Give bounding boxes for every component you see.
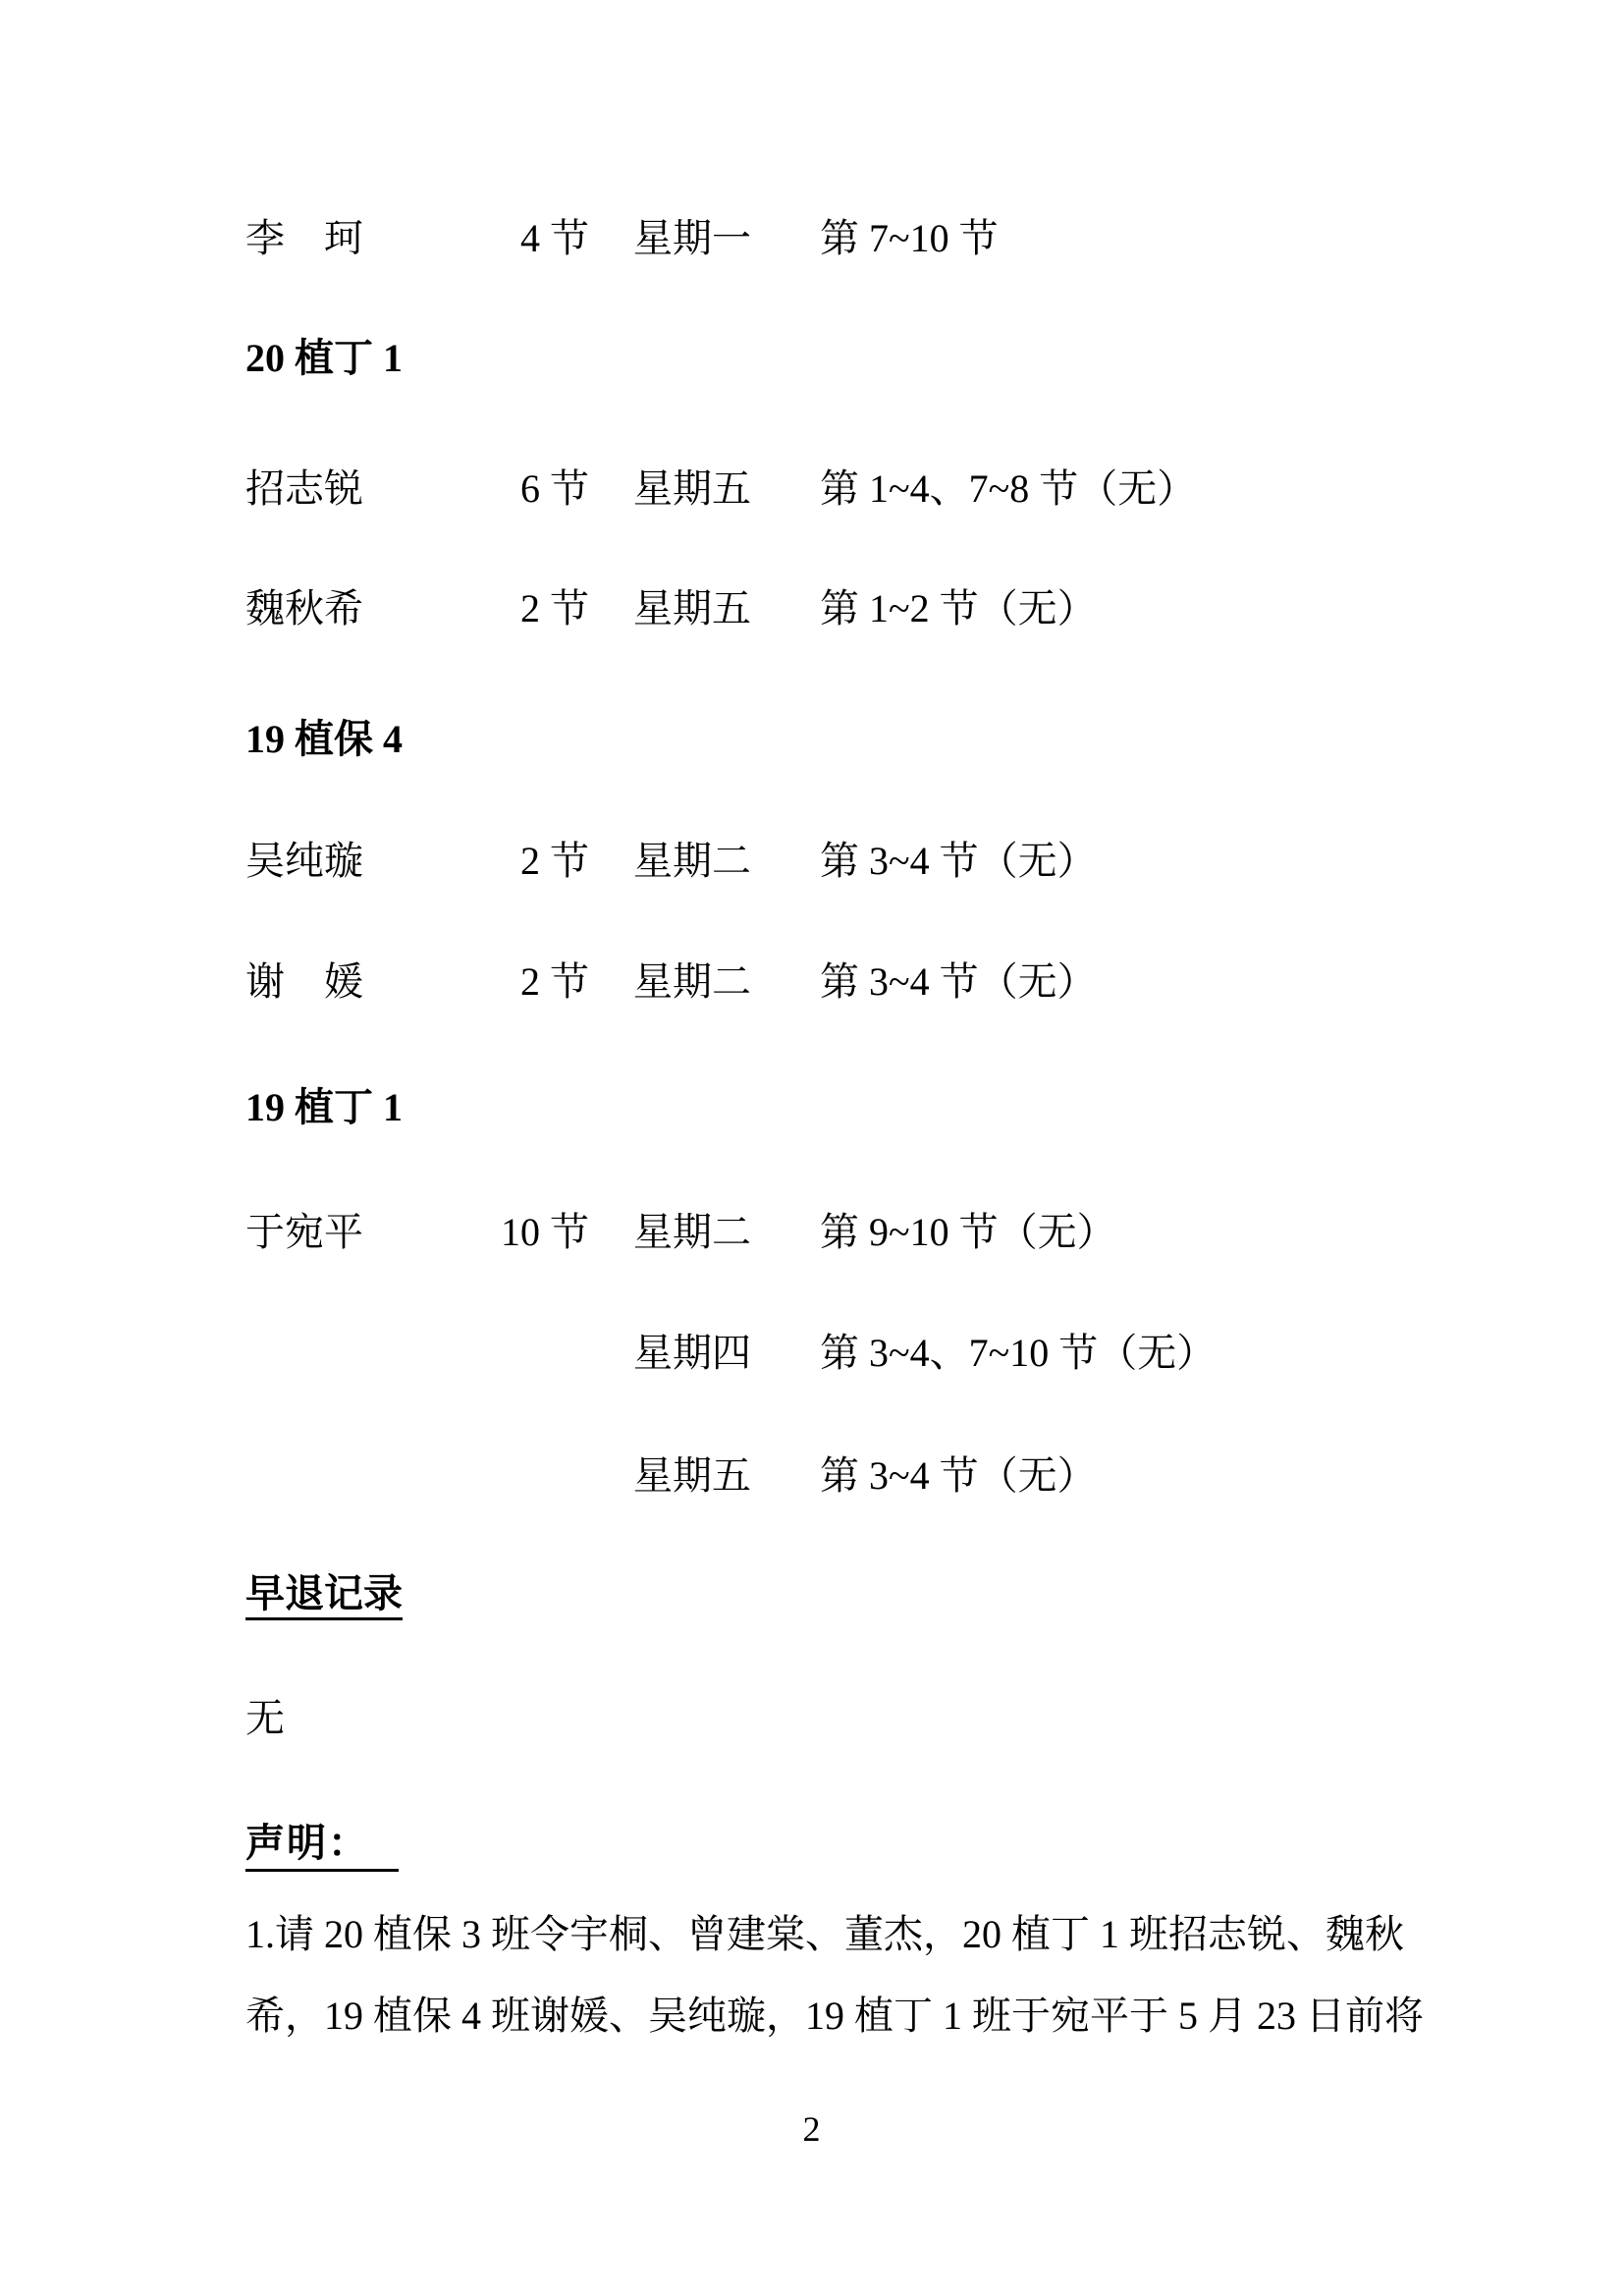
weekday: 星期四 bbox=[633, 1334, 751, 1373]
student-name: 李 珂 bbox=[245, 219, 363, 258]
class-heading: 20 植丁 1 bbox=[245, 339, 403, 378]
attendance-row: 于宛平 10 节 星期二 第 9~10 节（无） bbox=[245, 1213, 1384, 1256]
lesson-count: 2 节 bbox=[487, 589, 589, 629]
class-periods: 第 3~4、7~10 节（无） bbox=[820, 1334, 1216, 1373]
attendance-row: 吴纯璇 2 节 星期二 第 3~4 节（无） bbox=[245, 842, 1384, 885]
class-periods: 第 3~4 节（无） bbox=[820, 962, 1097, 1002]
attendance-row: 谢 媛 2 节 星期二 第 3~4 节（无） bbox=[245, 962, 1384, 1006]
attendance-row: 招志锐 6 节 星期五 第 1~4、7~8 节（无） bbox=[245, 469, 1384, 513]
weekday: 星期五 bbox=[633, 469, 751, 509]
document-page: 李 珂 4 节 星期一 第 7~10 节 20 植丁 1 招志锐 6 节 星期五… bbox=[0, 0, 1623, 2296]
class-periods: 第 3~4 节（无） bbox=[820, 842, 1097, 881]
weekday: 星期二 bbox=[633, 962, 751, 1002]
student-name: 招志锐 bbox=[245, 469, 363, 509]
statement-line: 1.请 20 植保 3 班令宇桐、曾建棠、董杰，20 植丁 1 班招志锐、魏秋 bbox=[245, 1915, 1399, 1954]
student-name: 魏秋希 bbox=[245, 589, 363, 629]
early-leave-value: 无 bbox=[245, 1699, 285, 1738]
attendance-row: 李 珂 4 节 星期一 第 7~10 节 bbox=[245, 219, 1384, 262]
weekday: 星期五 bbox=[633, 1456, 751, 1496]
lesson-count: 6 节 bbox=[487, 469, 589, 509]
class-periods: 第 1~2 节（无） bbox=[820, 589, 1097, 629]
student-name: 谢 媛 bbox=[245, 962, 363, 1002]
lesson-count: 4 节 bbox=[487, 219, 589, 258]
class-heading: 19 植丁 1 bbox=[245, 1088, 403, 1127]
weekday: 星期二 bbox=[633, 1213, 751, 1252]
early-leave-heading-text: 早退记录 bbox=[245, 1574, 403, 1620]
lesson-count: 10 节 bbox=[487, 1213, 589, 1252]
statement-heading: 声明： bbox=[245, 1824, 399, 1872]
early-leave-heading: 早退记录 bbox=[245, 1574, 403, 1620]
lesson-count: 2 节 bbox=[487, 962, 589, 1002]
weekday: 星期二 bbox=[633, 842, 751, 881]
lesson-count: 2 节 bbox=[487, 842, 589, 881]
student-name: 于宛平 bbox=[245, 1213, 363, 1252]
statement-heading-text: 声明： bbox=[245, 1824, 399, 1872]
statement-line: 希，19 植保 4 班谢媛、吴纯璇，19 植丁 1 班于宛平于 5 月 23 日… bbox=[245, 1996, 1399, 2036]
attendance-continuation-row: 星期四 第 3~4、7~10 节（无） bbox=[245, 1334, 1384, 1377]
class-heading: 19 植保 4 bbox=[245, 720, 403, 759]
attendance-row: 魏秋希 2 节 星期五 第 1~2 节（无） bbox=[245, 589, 1384, 632]
class-periods: 第 7~10 节 bbox=[820, 219, 999, 258]
class-periods: 第 9~10 节（无） bbox=[820, 1213, 1116, 1252]
class-periods: 第 3~4 节（无） bbox=[820, 1456, 1097, 1496]
attendance-continuation-row: 星期五 第 3~4 节（无） bbox=[245, 1456, 1384, 1500]
student-name: 吴纯璇 bbox=[245, 842, 363, 881]
weekday: 星期五 bbox=[633, 589, 751, 629]
class-periods: 第 1~4、7~8 节（无） bbox=[820, 469, 1196, 509]
page-number: 2 bbox=[0, 2111, 1623, 2147]
weekday: 星期一 bbox=[633, 219, 751, 258]
